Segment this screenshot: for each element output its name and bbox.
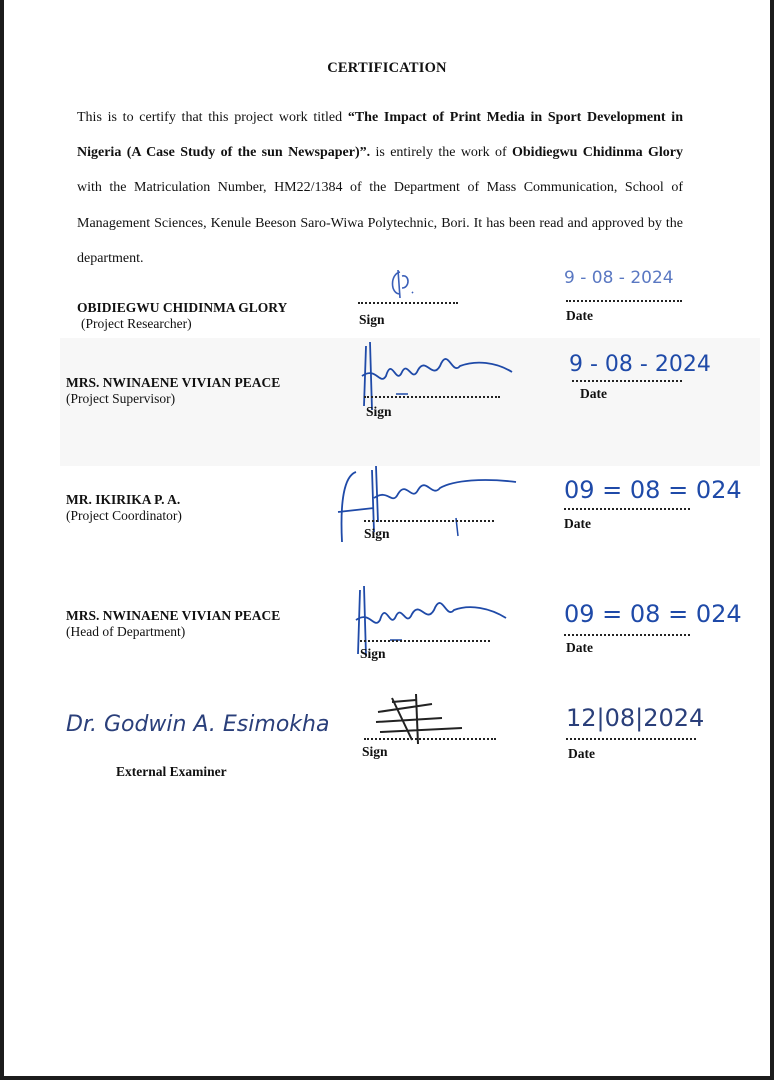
signature-initials-icon: [386, 268, 422, 302]
sign-line: [358, 302, 458, 304]
signatory-name: MRS. NWINAENE VIVIAN PEACE: [66, 375, 280, 391]
signatory-name: MRS. NWINAENE VIVIAN PEACE: [66, 608, 280, 624]
signatory-name: OBIDIEGWU CHIDINMA GLORY: [77, 300, 287, 316]
sign-label: Sign: [364, 526, 390, 542]
date-line: [572, 380, 682, 382]
certification-paragraph: This is to certify that this project wor…: [77, 100, 683, 276]
handwritten-date: 9 - 08 - 2024: [569, 352, 711, 377]
handwritten-date: 12|08|2024: [566, 704, 704, 732]
date-line: [566, 738, 696, 740]
date-label: Date: [568, 746, 595, 762]
date-label: Date: [566, 308, 593, 324]
sign-line: [360, 640, 490, 642]
date-line: [564, 508, 690, 510]
paragraph-middle: is entirely the work of: [370, 145, 512, 160]
signatory-role: (Project Researcher): [81, 316, 287, 332]
signatory-role: (Project Supervisor): [66, 391, 280, 407]
sign-label: Sign: [359, 312, 385, 328]
signatory-role: External Examiner: [116, 764, 227, 780]
signatory-name: MR. IKIRIKA P. A.: [66, 492, 182, 508]
handwritten-date: 09 = 08 = 024: [564, 600, 742, 628]
sign-line: [364, 520, 494, 522]
date-label: Date: [564, 516, 591, 532]
handwritten-date: 09 = 08 = 024: [564, 476, 742, 504]
date-label: Date: [566, 640, 593, 656]
sign-label: Sign: [366, 404, 392, 420]
sign-line: [364, 396, 500, 398]
sign-line: [364, 738, 496, 740]
page-title: CERTIFICATION: [4, 60, 770, 77]
date-line: [566, 300, 682, 302]
student-name: Obidiegwu Chidinma Glory: [512, 145, 683, 160]
sign-label: Sign: [360, 646, 386, 662]
sign-label: Sign: [362, 744, 388, 760]
handwritten-date: 9 - 08 - 2024: [564, 268, 674, 288]
signature-icon: [334, 462, 520, 548]
signatory-role: (Project Coordinator): [66, 508, 182, 524]
date-line: [564, 634, 690, 636]
paragraph-rest: with the Matriculation Number, HM22/1384…: [77, 180, 683, 265]
handwritten-examiner-name: Dr. Godwin A. Esimokha: [66, 712, 329, 737]
date-label: Date: [580, 386, 607, 402]
signatory-role: (Head of Department): [66, 624, 280, 640]
paragraph-intro: This is to certify that this project wor…: [77, 110, 348, 125]
certification-page: CERTIFICATION This is to certify that th…: [4, 0, 770, 1076]
